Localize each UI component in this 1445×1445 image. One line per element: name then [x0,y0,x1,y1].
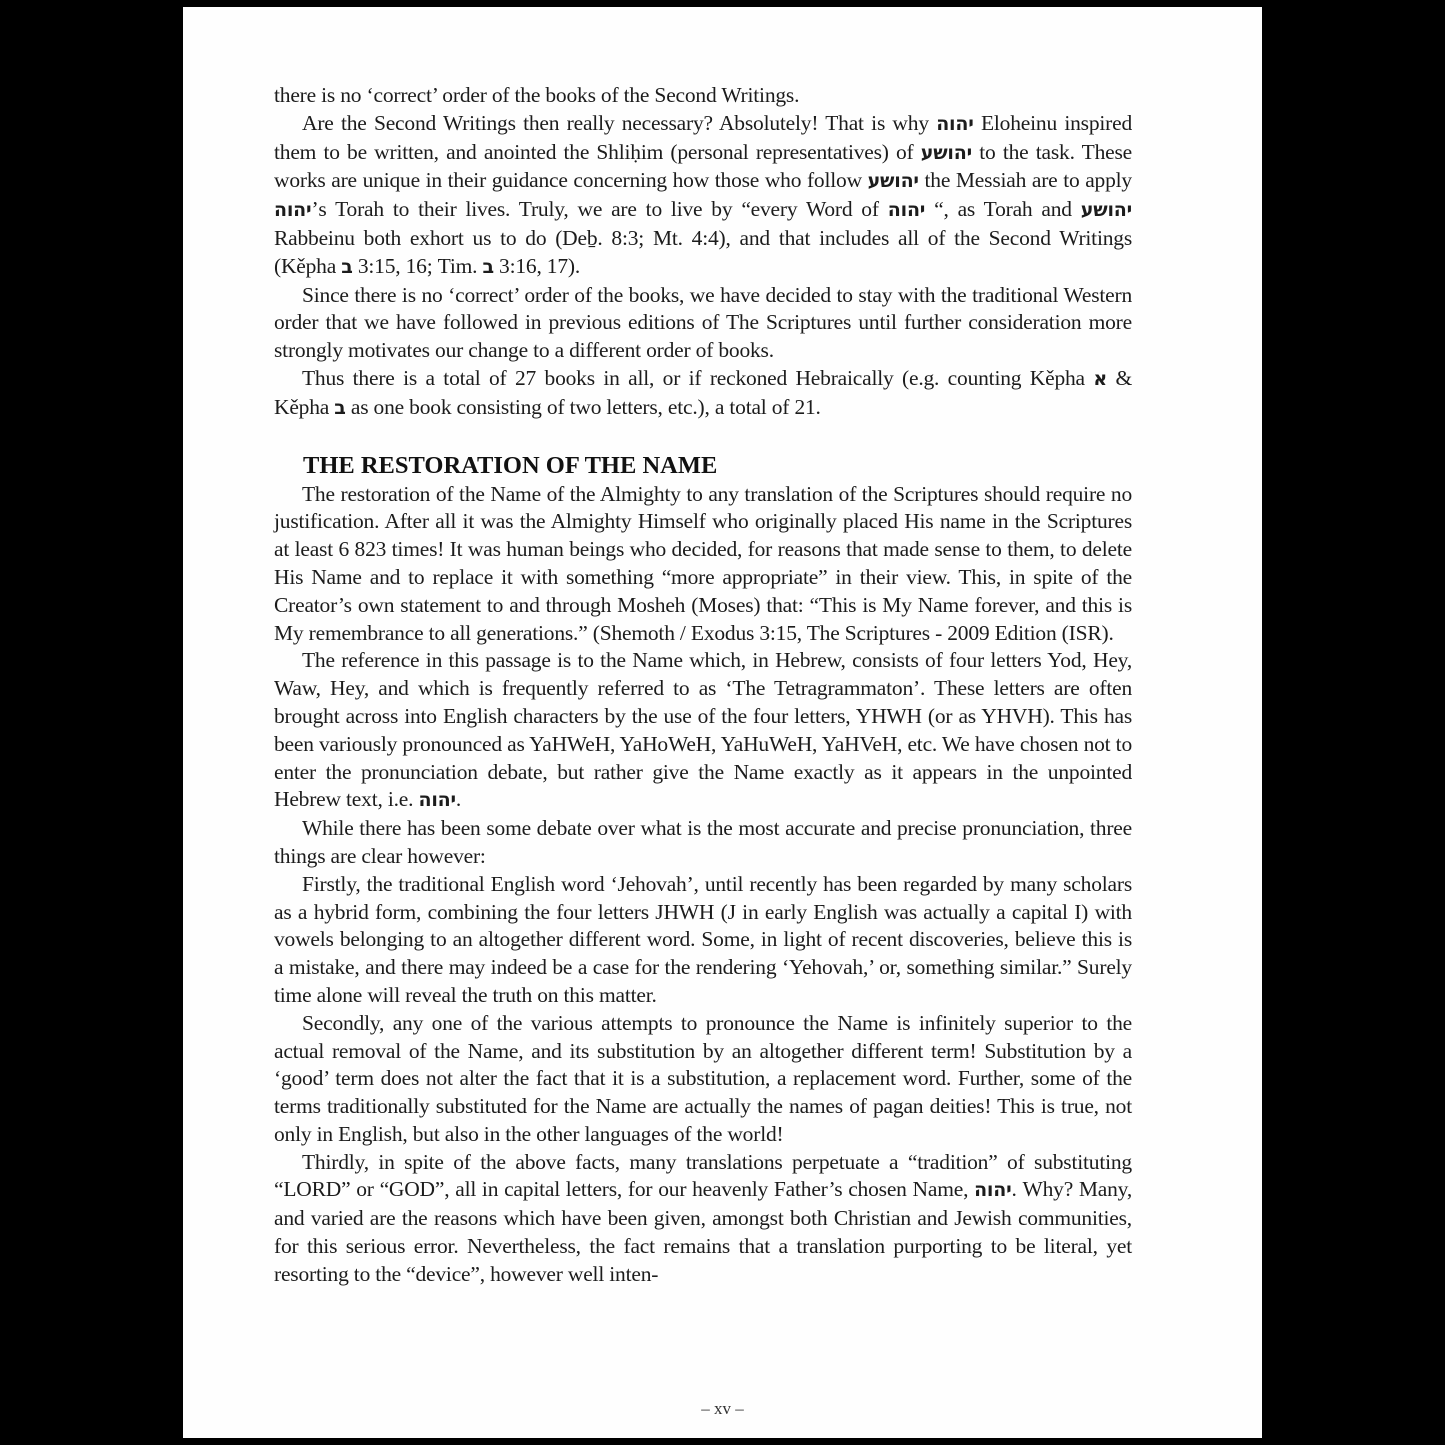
hebrew-yhwh: יהוה [888,199,925,221]
paragraph-secondly: Secondly, any one of the various attempt… [274,1010,1132,1149]
paragraph-tetragrammaton: The reference in this passage is to the … [274,647,1132,815]
text-run: 3:16, 17). [494,254,580,278]
text-run: Thus there is a total of 27 books in all… [302,366,1093,390]
text-run: as one book consisting of two letters, e… [346,395,821,419]
paragraph-text: there is no ‘correct’ order of the books… [274,83,799,107]
hebrew-yhwh: יהוה [418,789,455,811]
paragraph-order-of-books: there is no ‘correct’ order of the books… [274,82,1132,110]
paragraph-text: Secondly, any one of the various attempt… [274,1011,1132,1146]
text-run: Are the Second Writings then really nece… [302,111,936,135]
page-body: there is no ‘correct’ order of the books… [274,82,1132,1289]
paragraph-total-books: Thus there is a total of 27 books in all… [274,365,1132,423]
paragraph-thirdly: Thirdly, in spite of the above facts, ma… [274,1149,1132,1289]
book-page: there is no ‘correct’ order of the books… [183,7,1262,1438]
paragraph-text: The restoration of the Name of the Almig… [274,482,1132,645]
paragraph-text: Firstly, the traditional English word ‘J… [274,872,1132,1007]
hebrew-yhwh: יהוה [274,199,311,221]
hebrew-yhwh: יהוה [974,1179,1011,1201]
text-run: the Messiah are to apply [919,168,1132,192]
hebrew-bet: ב [482,256,493,278]
paragraph-text: While there has been some debate over wh… [274,816,1132,868]
text-run: ’s Torah to their lives. Truly, we are t… [311,197,887,221]
hebrew-aleph: א [1093,368,1107,390]
text-run: The reference in this passage is to the … [274,648,1132,811]
paragraph-restoration: The restoration of the Name of the Almig… [274,481,1132,648]
text-run: 3:15, 16; Tim. [353,254,483,278]
page-number: – xv – [183,1399,1262,1419]
hebrew-bet: ב [341,256,352,278]
paragraph-text: Since there is no ‘correct’ order of the… [274,283,1132,363]
paragraph-pronunciation-debate: While there has been some debate over wh… [274,815,1132,871]
hebrew-yhwshua: יהושע [868,170,919,192]
hebrew-yhwh: יהוה [936,113,973,135]
text-run: “, as Torah and [925,197,1081,221]
paragraph-traditional-order: Since there is no ‘correct’ order of the… [274,282,1132,365]
hebrew-yhwshua: יהושע [1081,199,1132,221]
text-run: . [456,787,461,811]
paragraph-second-writings-necessary: Are the Second Writings then really nece… [274,110,1132,282]
section-heading: THE RESTORATION OF THE NAME [274,451,1132,481]
hebrew-bet: ב [334,397,345,419]
hebrew-yhwshua: יהושע [921,142,972,164]
paragraph-firstly: Firstly, the traditional English word ‘J… [274,871,1132,1010]
